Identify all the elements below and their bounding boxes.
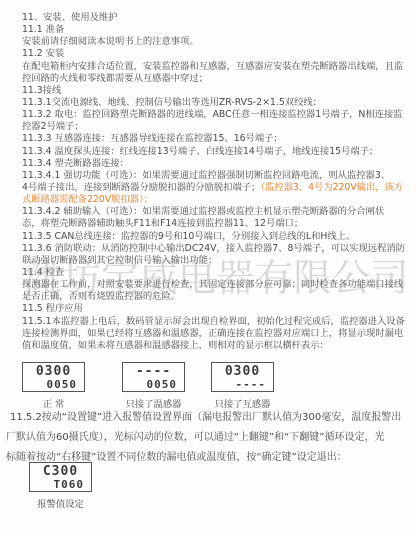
text-line: 值和温度值，如果未将互感器和温感器接上，则相对的显示框以横杆表示： [22, 340, 408, 352]
text-line: 11、安装、使用及维护 [22, 12, 408, 24]
led-display-ct-only: 0300 ---- 只接了互感器 [211, 362, 274, 410]
text-segment: 11.3.1交流电源线、地线、控制信号输出等选用ZR-RVS-2×1.5双绞线； [22, 97, 322, 108]
display-caption: 报警值设定 [29, 496, 92, 510]
text-line: 11.5 程序应用 [22, 303, 408, 315]
text-line: 11.3.3 互感器连接：互感器导线连接在监控器15、16号端子； [22, 133, 408, 145]
text-line: 联动强切断路器到其它控制信号输入输出功能； [22, 255, 408, 267]
text-segment: 11.3接线 [22, 85, 61, 96]
leakage-value-display: 0300 [28, 364, 79, 379]
text-line: 11.1 准备 [22, 24, 408, 36]
text-line: 是否正确，否则有烧毁监控器的危险。 [22, 291, 408, 303]
leakage-value-display: 0300 [217, 364, 268, 379]
text-line: 11.3.4 塑壳断路器连接： [22, 158, 408, 170]
led-display-frame: 0300 0050 [22, 362, 85, 392]
text-segment: 11.2 安装 [22, 48, 64, 59]
led-display-normal: 0300 0050 正 常 [22, 362, 85, 410]
text-segment: 11.3.4 温度探头连接：红线连接13号端子、白线连接14号端子，地线连接15… [22, 146, 378, 157]
text-segment: 控器2号端子； [22, 121, 84, 132]
text-line: 安装前请仔细阅读本说明书上的注意事项。 [22, 36, 408, 48]
leakage-alarm-value-display: C300 [35, 464, 86, 479]
text-segment: 4号端子接出，连接到断路器分励脱扣器的分励脱扣端子； [22, 182, 260, 193]
text-line: 式断路器需配备220V脱扣器）； [22, 194, 408, 206]
text-segment: 值和温度值，如果未将互感器和温感器接上，则相对的显示框以横杆表示： [22, 340, 329, 351]
text-segment: 11.4 检查 [22, 267, 64, 278]
text-line: 在配电箱柜内安排合适位置，安装监控器和互感器，互感器应安装在塑壳断路器出线端，且… [22, 61, 408, 73]
temperature-value-display: 0050 [28, 379, 79, 391]
text-segment: 11.3.4.2 辅助输入（可选）：如果需要通过监控器或监控主机显示塑壳断路器的… [22, 206, 384, 217]
text-line: 11.4 检查 [22, 267, 408, 279]
text-segment: 11、安装、使用及维护 [22, 12, 118, 23]
text-line: 连接检测界面，如果已经将互感器和温感器，正确连接在监控器对应端口上，将显示现时漏… [22, 328, 408, 340]
text-segment: 探测器在工作前，对照安装要求进行检查，其固定连接部分应可靠；同时检查各功能端口接… [22, 279, 403, 290]
text-line: 11.3.4.2 辅助输入（可选）：如果需要通过监控器或监控主机显示塑壳断路器的… [22, 206, 408, 218]
temperature-value-display: ---- [217, 379, 268, 391]
leakage-value-display: ---- [128, 364, 179, 379]
text-segment: 11.3.5 CAN总线连接：监控器的9号和10号端口，分别接入到总线的L和H线… [22, 231, 355, 242]
text-segment: 联动强切断路器到其它控制信号输入输出功能； [22, 255, 217, 266]
manual-text-block: 11、安装、使用及维护11.1 准备安装前请仔细阅读本说明书上的注意事项。11.… [22, 12, 408, 352]
text-line: 11.2 安装 [22, 48, 408, 60]
manual-page: 潍坊宝威电器有限公司 11、安装、使用及维护11.1 准备安装前请仔细阅读本说明… [0, 0, 416, 533]
text-line: 11.5.2按动“设置键”进入报警值设置界面（漏电报警出厂默认值为300毫安，温… [6, 408, 410, 428]
text-line: 厂默认值为60摄氏度），光标闪动的位数，可以通过“上翻键”和“下翻键”循环设定，… [6, 428, 410, 448]
text-segment: 安装前请仔细阅读本说明书上的注意事项。 [22, 36, 199, 47]
led-display-frame: ---- 0050 [122, 362, 185, 392]
text-segment: 11.3.4.1 强切功能（可选）：如果需要通过监控器强制切断监控回路电流，则从… [22, 170, 390, 181]
led-display-frame: 0300 ---- [211, 362, 274, 392]
led-display-temp-sensor-only: ---- 0050 只接了温感器 [122, 362, 185, 410]
text-line: 11.3.6 消防联动：从消防控制中心输出DC24V，接入监控器7、8号端子，可… [22, 243, 408, 255]
text-segment: 11.3.4 塑壳断路器连接： [22, 158, 129, 169]
text-segment: 11.5 程序应用 [22, 303, 83, 314]
text-line: 探测器在工作前，对照安装要求进行检查，其固定连接部分应可靠；同时检查各功能端口接… [22, 279, 408, 291]
text-segment: 11.3.3 互感器连接：互感器导线连接在监控器15、16号端子； [22, 133, 283, 144]
text-line: 11.3.1交流电源线、地线、控制信号输出等选用ZR-RVS-2×1.5双绞线； [22, 97, 408, 109]
text-segment: 连接检测界面，如果已经将互感器和温感器，正确连接在监控器对应端口上，将显示现时漏… [22, 328, 403, 339]
text-line: 态，将塑壳断路器辅助触头F11和F14连接到监控器11、12号端口； [22, 218, 408, 230]
highlighted-text-segment: 式断路器需配备220V脱扣器）； [22, 194, 153, 205]
temperature-alarm-value-display: T060 [35, 479, 86, 491]
highlighted-text-segment: （监控器3、4号为220V输出，该方 [260, 182, 403, 193]
text-segment: 11.3.2 取电：监控回路塑壳断路器的进线端，ABC任意一相连接监控器1号端子… [22, 109, 403, 120]
text-line: 11.5.1本监控器上电后，数码管显示屏会出现自检界面，初始化过程完成后，监控器… [22, 316, 408, 328]
text-line: 4号端子接出，连接到断路器分励脱扣器的分励脱扣端子；（监控器3、4号为220V输… [22, 182, 408, 194]
text-segment: 在配电箱柜内安排合适位置，安装监控器和互感器，互感器应安装在塑壳断路器出线端，且… [22, 61, 403, 72]
text-line: 控回路的火线和零线都需要从互感器中穿过； [22, 73, 408, 85]
text-segment: 态，将塑壳断路器辅助触头F11和F14连接到监控器11、12号端口； [22, 218, 303, 229]
text-line: 11.3.4 温度探头连接：红线连接13号端子、白线连接14号端子，地线连接15… [22, 146, 408, 158]
text-segment: 是否正确，否则有烧毁监控器的危险。 [22, 291, 180, 302]
led-display-alarm-setting: C300 T060 报警值设定 [29, 462, 92, 510]
text-line: 11.3.2 取电：监控回路塑壳断路器的进线端，ABC任意一相连接监控器1号端子… [22, 109, 408, 121]
temperature-value-display: 0050 [128, 379, 179, 391]
alarm-setting-paragraph: 11.5.2按动“设置键”进入报警值设置界面（漏电报警出厂默认值为300毫安，温… [6, 408, 410, 468]
text-segment: 11.5.1本监控器上电后，数码管显示屏会出现自检界面，初始化过程完成后，监控器… [22, 316, 405, 327]
text-segment: 11.3.6 消防联动：从消防控制中心输出DC24V，接入监控器7、8号端子，可… [22, 243, 405, 254]
text-line: 11.3.4.1 强切功能（可选）：如果需要通过监控器强制切断监控回路电流，则从… [22, 170, 408, 182]
text-line: 11.3.5 CAN总线连接：监控器的9号和10号端口，分别接入到总线的L和H线… [22, 231, 408, 243]
text-line: 11.3接线 [22, 85, 408, 97]
text-segment: 控回路的火线和零线都需要从互感器中穿过； [22, 73, 208, 84]
text-segment: 11.1 准备 [22, 24, 64, 35]
text-line: 控器2号端子； [22, 121, 408, 133]
led-display-frame: C300 T060 [29, 462, 92, 492]
